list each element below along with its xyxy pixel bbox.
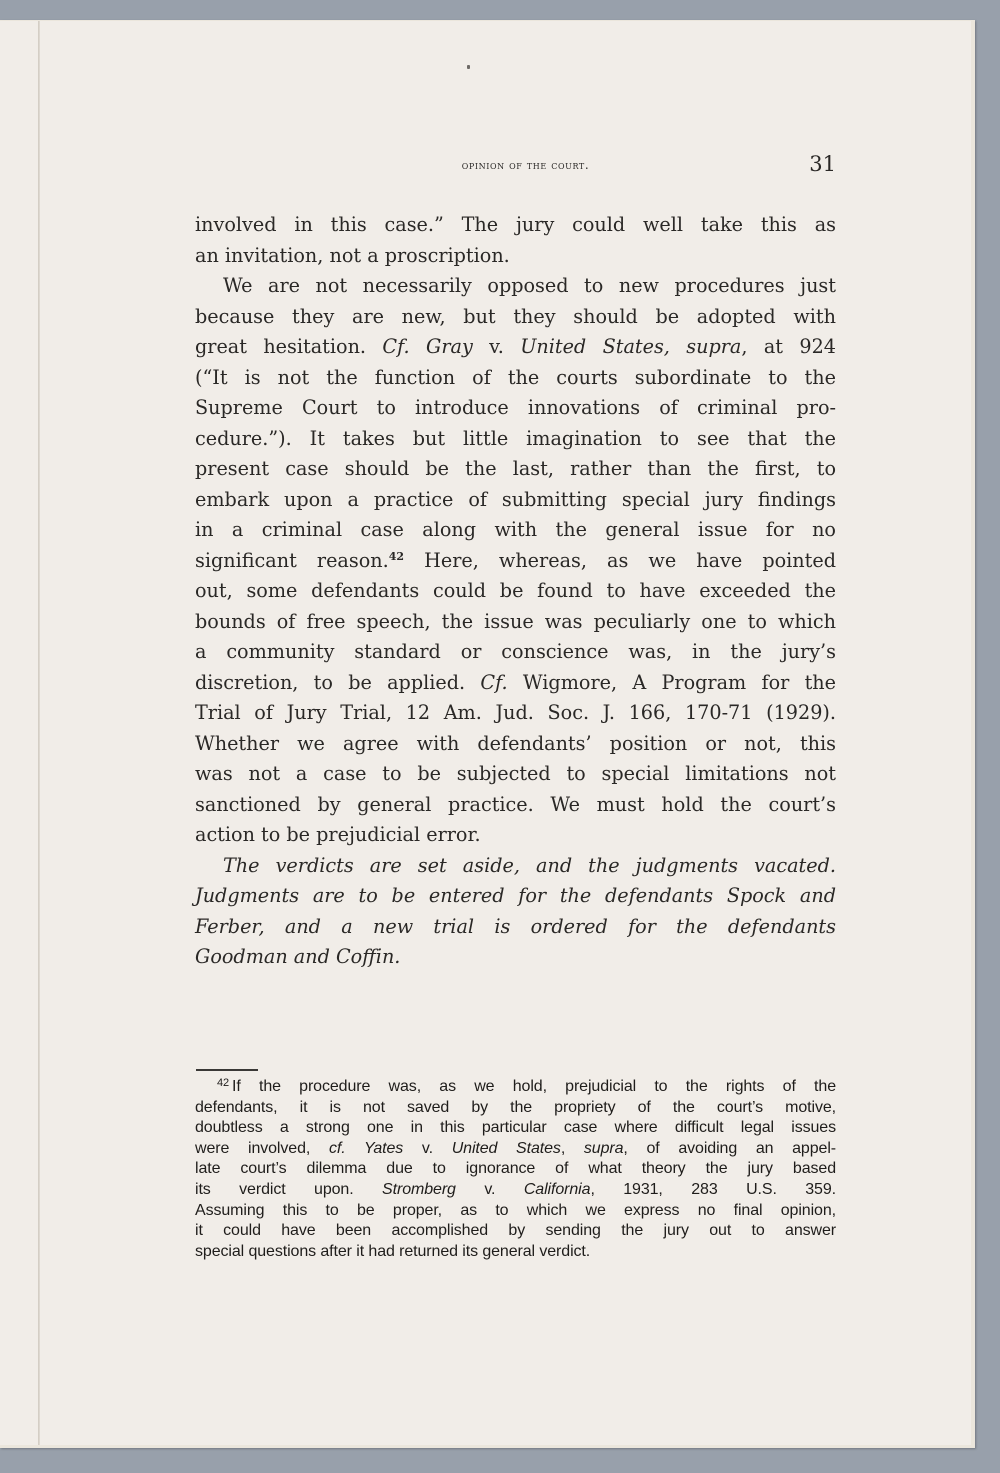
text-line: present case should be the last, rather … (195, 454, 836, 485)
versus: v. (489, 335, 504, 358)
citation-signal: Cf. (480, 671, 507, 694)
text-line: embark upon a practice of submitting spe… (195, 485, 836, 516)
footnote-line: it could have been accomplished by sendi… (195, 1221, 836, 1242)
footnote-line: Assuming this to be proper, as to which … (195, 1201, 836, 1222)
text: If the procedure was, as we hold, prejud… (232, 1078, 836, 1095)
text-line: bounds of free speech, the issue was pec… (195, 607, 836, 638)
citation-signal: supra (584, 1140, 624, 1157)
footnote-42: 42If the procedure was, as we hold, prej… (195, 1077, 836, 1262)
case-name: cf. Yates (329, 1140, 403, 1157)
paper-speck (467, 65, 470, 69)
text: , at 924 (741, 335, 836, 358)
text: , 1931, 283 U.S. 359. (590, 1181, 836, 1198)
footnote-line: 42If the procedure was, as we hold, prej… (195, 1077, 836, 1098)
text-line: involved in this case.” The jury could w… (195, 210, 836, 241)
footnote-reference[interactable]: 42 (389, 550, 404, 563)
paragraph-judgment: The verdicts are set aside, and the judg… (195, 851, 836, 973)
text-line: a community standard or conscience was, … (195, 637, 836, 668)
text-line: was not a case to be subjected to specia… (195, 759, 836, 790)
text-line-citation: great hesitation. Cf. Gray v. United Sta… (195, 332, 836, 363)
text-line: sanctioned by general practice. We must … (195, 790, 836, 821)
text: Here, whereas, as we have pointed (404, 549, 836, 572)
case-name: United States (452, 1140, 561, 1157)
binding-fold (38, 21, 40, 1445)
text: Wigmore, A Program for the (523, 671, 836, 694)
running-title: OPINION OF THE COURT. (195, 158, 836, 172)
text-line: Whether we agree with defendants’ positi… (195, 729, 836, 760)
text: , (561, 1140, 565, 1157)
citation-signal: Cf. (382, 335, 409, 358)
text-line: out, some defendants could be found to h… (195, 576, 836, 607)
text: discretion, to be applied. (195, 671, 465, 694)
footnote-line: doubtless a strong one in this particula… (195, 1118, 836, 1139)
page-number: 31 (809, 152, 836, 176)
footnote-line-citation: its verdict upon. Stromberg v. Californi… (195, 1180, 836, 1201)
text: its verdict upon. (195, 1181, 354, 1198)
running-head: OPINION OF THE COURT. 31 (195, 152, 836, 182)
text-line: because they are new, but they should be… (195, 302, 836, 333)
text-line: Trial of Jury Trial, 12 Am. Jud. Soc. J.… (195, 698, 836, 729)
text-line: Supreme Court to introduce innovations o… (195, 393, 836, 424)
paragraph-continuation: involved in this case.” The jury could w… (195, 210, 836, 271)
opinion-body: involved in this case.” The jury could w… (195, 210, 836, 973)
text-line: Judgments are to be entered for the defe… (195, 881, 836, 912)
case-name: California (524, 1181, 591, 1198)
text-line: We are not necessarily opposed to new pr… (195, 271, 836, 302)
text: were involved, (195, 1140, 310, 1157)
footnote-line-citation: were involved, cf. Yates v. United State… (195, 1139, 836, 1160)
text-line: Ferber, and a new trial is ordered for t… (195, 912, 836, 943)
text: significant reason. (195, 549, 389, 572)
footnote-line: late court’s dilemma due to ignorance of… (195, 1159, 836, 1180)
text-line: (“It is not the function of the courts s… (195, 363, 836, 394)
text-line: in a criminal case along with the genera… (195, 515, 836, 546)
text-line: cedure.”). It takes but little imaginati… (195, 424, 836, 455)
case-name: Gray (426, 335, 473, 358)
footnote-line: special questions after it had returned … (195, 1242, 836, 1263)
text-line: an invitation, not a proscription. (195, 241, 836, 272)
text-line: The verdicts are set aside, and the judg… (195, 851, 836, 882)
footnote-line: defendants, it is not saved by the propr… (195, 1098, 836, 1119)
case-name: Stromberg (382, 1181, 456, 1198)
text-line-citation: discretion, to be applied. Cf. Wigmore, … (195, 668, 836, 699)
text-line-footnote-ref: significant reason.42 Here, whereas, as … (195, 546, 836, 577)
footnote-number: 42 (217, 1077, 229, 1089)
text: , of avoiding an appel- (623, 1140, 836, 1157)
text-line: Goodman and Coffin. (195, 942, 836, 973)
footnote-rule (196, 1069, 258, 1071)
versus: v. (484, 1181, 495, 1198)
text-line: action to be prejudicial error. (195, 820, 836, 851)
versus: v. (422, 1140, 433, 1157)
case-name: United States, supra (520, 335, 741, 358)
text: great hesitation. (195, 335, 366, 358)
paragraph-procedures: We are not necessarily opposed to new pr… (195, 271, 836, 851)
